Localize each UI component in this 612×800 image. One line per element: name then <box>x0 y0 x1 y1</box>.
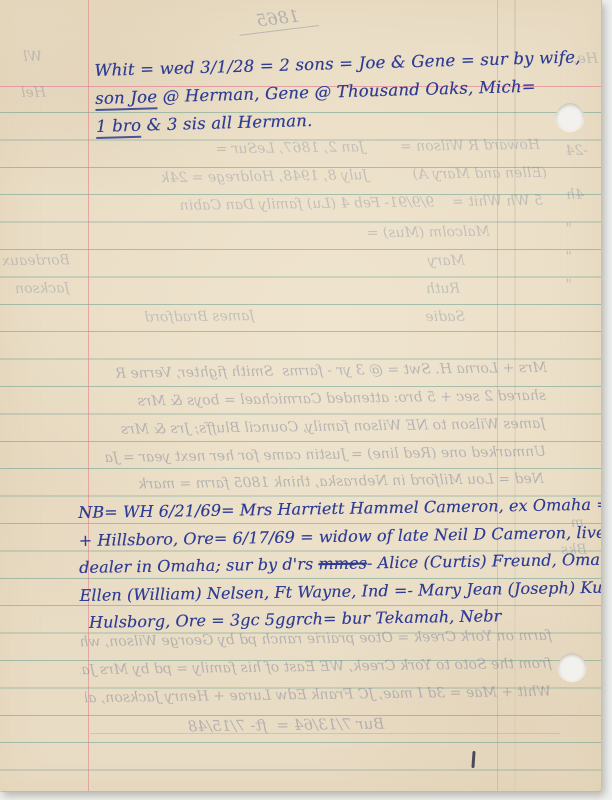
handwritten-note-top: Whit = wed 3/1/28 = 2 sons = Joe & Gene … <box>94 44 578 141</box>
handwritten-note-obituary: NB= WH 6/21/69= Mrs Harriett Hammel Came… <box>78 491 588 637</box>
bleedthrough-text: " <box>550 276 572 294</box>
obit-line-3-pre: dealer in Omaha; sur by d'rs <box>79 554 319 577</box>
bleedthrough-text: " <box>550 220 572 238</box>
bleedthrough-text: Sadie <box>410 308 465 327</box>
bleedthrough-text: James Bradford <box>120 307 255 327</box>
bleedthrough-text: Bks <box>545 541 587 560</box>
underlined-words: son Joe <box>95 87 158 111</box>
bleedthrough-text: m <box>554 514 584 532</box>
bleedthrough-footer: Bur 7/13/64 = ft- 7/15/48 <box>150 714 422 736</box>
notebook-paper: 1865 Whit = wed 3/1/28 = 2 sons = Joe & … <box>0 0 602 792</box>
bleedthrough-text: He, <box>554 50 598 69</box>
underlined-words: 1 bro <box>96 116 142 139</box>
hole-punch-top <box>556 103 584 131</box>
note-line-2-rest: @ Herman, Gene @ Thousand Oaks, Mich= <box>157 77 536 107</box>
bleedthrough-text: 4h <box>546 186 584 205</box>
bleedthrough-text: Wl <box>2 48 42 67</box>
bleedthrough-text: Hel <box>0 84 46 103</box>
hole-punch-bottom <box>558 653 586 681</box>
bleedthrough-text: -24 <box>546 142 588 161</box>
bleedthrough-text: " <box>550 248 572 266</box>
bleedthrough-text: Malcolm (Mus) = <box>300 223 490 244</box>
bleedthrough-text: Jackson <box>0 279 70 298</box>
bleedthrough-text: Ruth <box>410 280 460 299</box>
note-line-3-rest: & 3 sis all Herman. <box>141 111 313 135</box>
bleedthrough-text: Mary <box>410 252 465 271</box>
bleedthrough-header-1865: 1865 <box>237 5 319 36</box>
struck-out-word: mmes <box>318 554 367 574</box>
bleedthrough-text: Bordeaux <box>0 251 70 270</box>
